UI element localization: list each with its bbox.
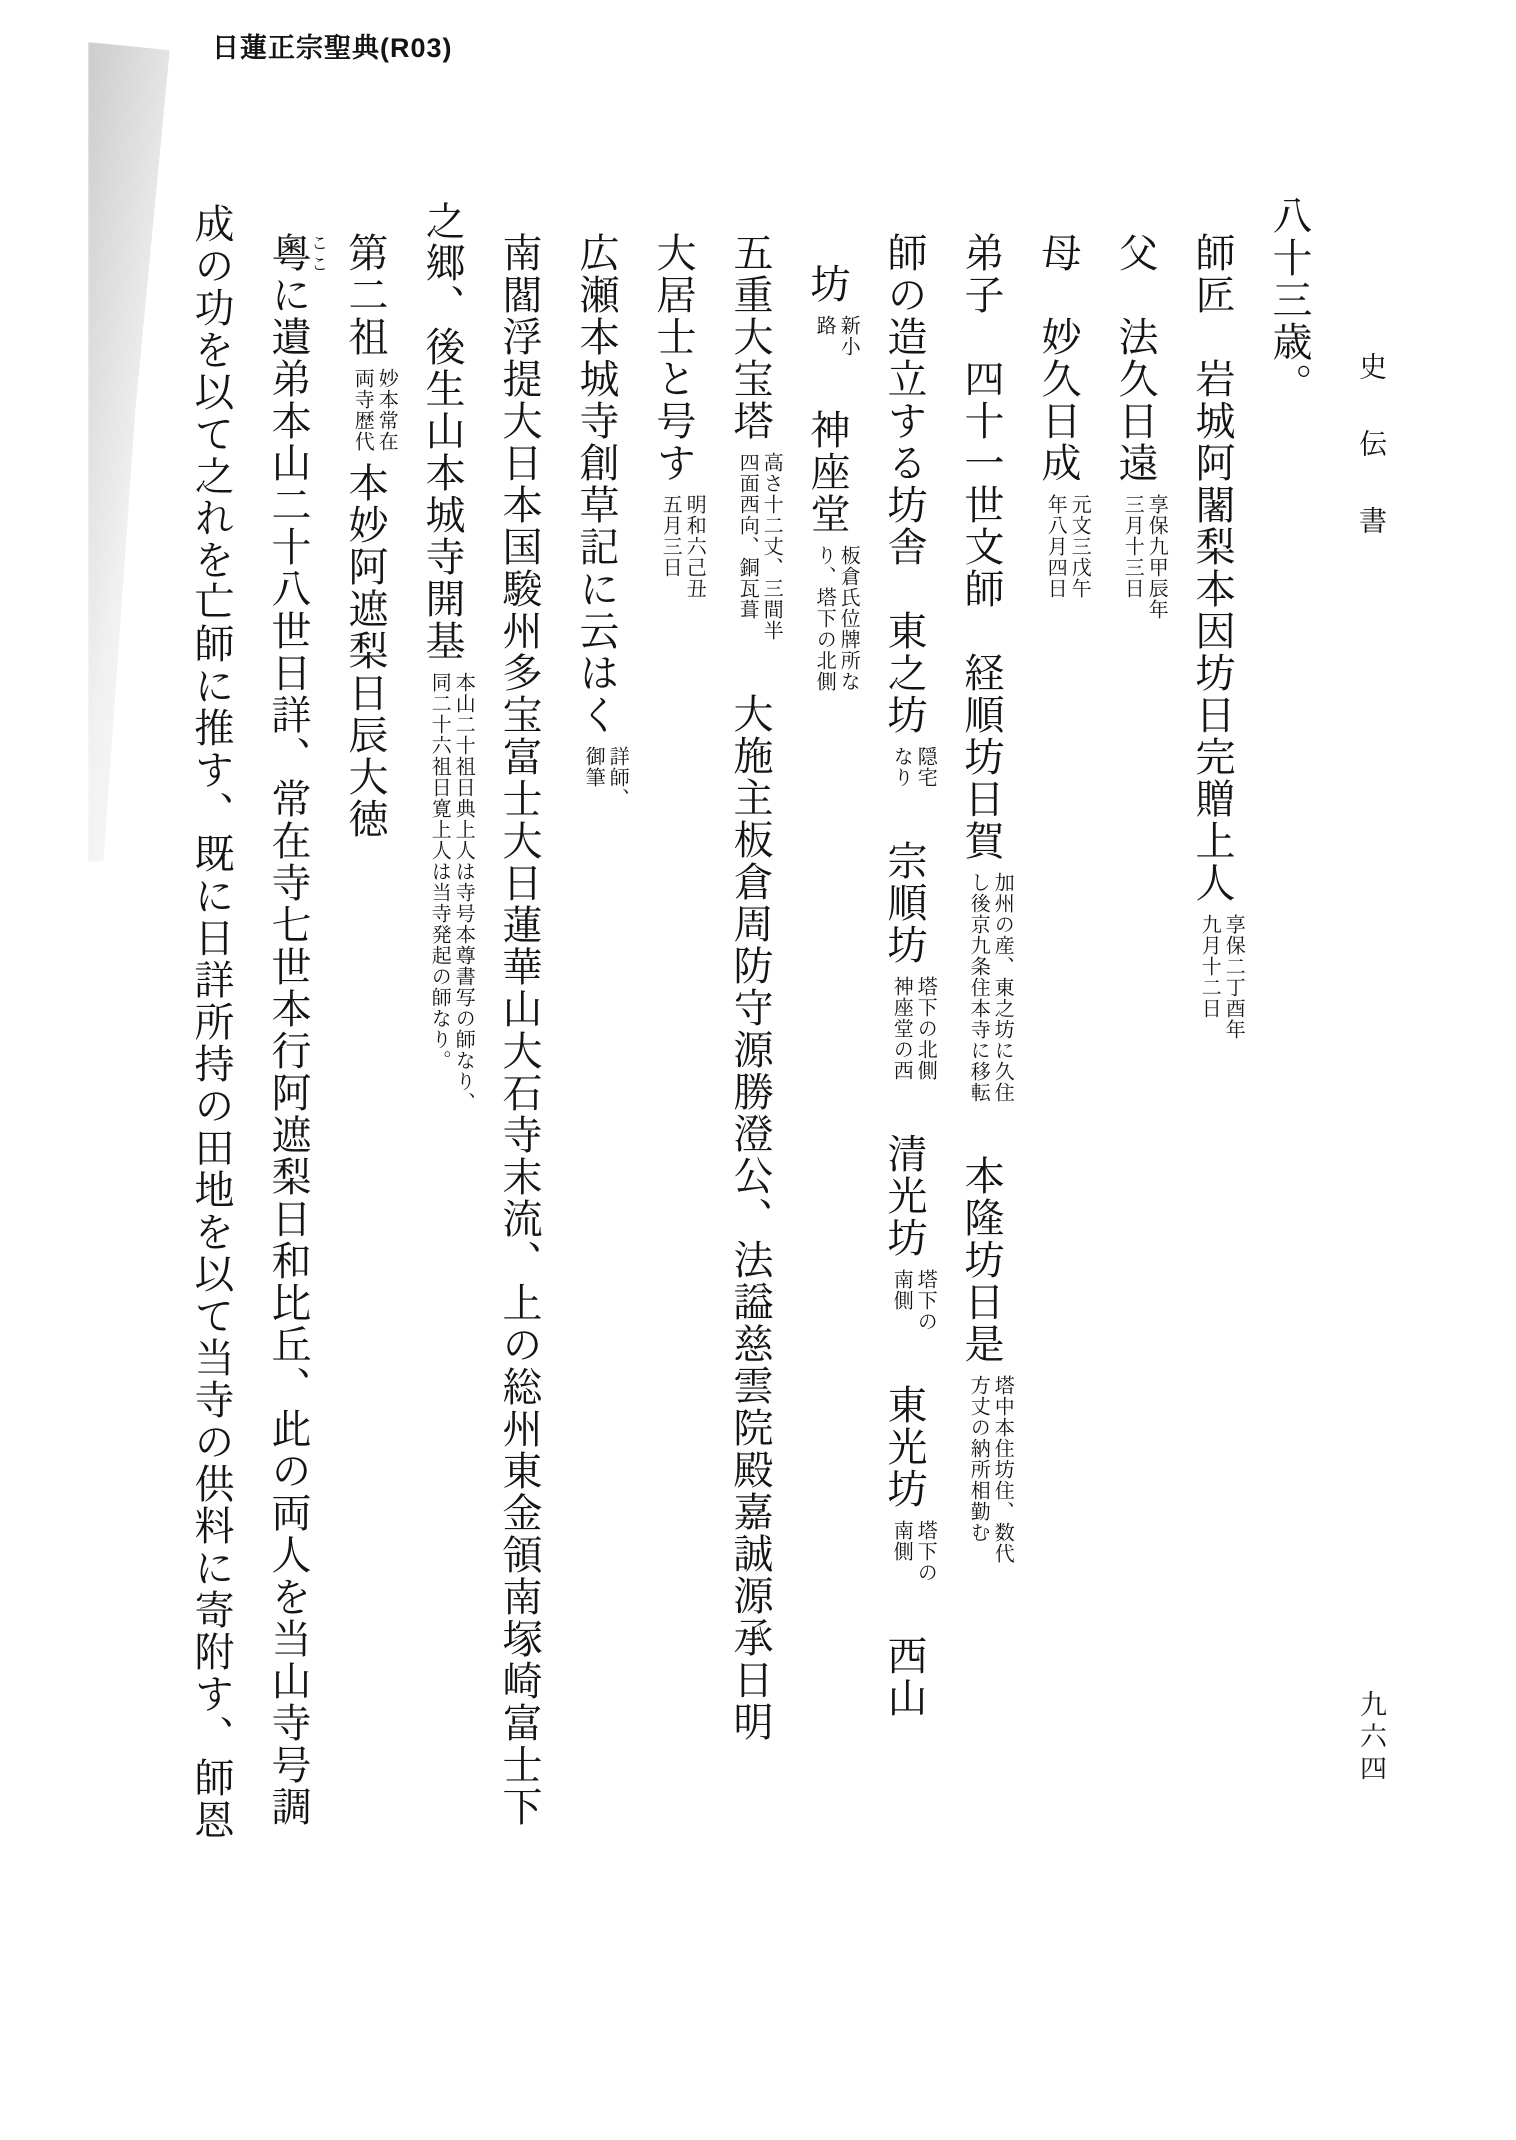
annotation-line: 本山二十祖日典上人は寺号本尊書写の師なり、: [451, 672, 475, 1113]
column-text: 師匠 岩城阿闍梨本因坊日完贈上人: [1190, 232, 1235, 904]
annotation-line: 神座堂の西: [889, 976, 913, 1081]
warichu-annotation: 塔下の北側神座堂の西: [889, 976, 937, 1081]
column-text: 広瀬本城寺創草記に云はく: [574, 232, 619, 736]
annotation-line: 同二十六祖日寛上人は当寺発起の師なり。: [427, 672, 451, 1113]
warichu-annotation: 塔下の南側: [889, 1520, 937, 1583]
column-text: 八十三歳。: [1267, 195, 1312, 405]
text-column-10: 広瀬本城寺創草記に云はく詳師、御筆: [558, 150, 635, 2115]
text-column-5: 弟子 四十一世文師 経順坊日賀加州の産、東之坊に久住し後京九条住本寺に移転 本隆…: [943, 150, 1020, 2115]
annotation-line: 享保九甲辰年: [1144, 494, 1168, 620]
annotation-line: 南側: [889, 1269, 913, 1332]
warichu-annotation: 新小路: [812, 315, 860, 357]
annotation-line: 隠宅: [913, 746, 937, 788]
text-column-9: 大居士と号す明和六己丑五月三日: [635, 150, 712, 2115]
column-text: 神座堂: [805, 367, 850, 535]
annotation-line: 加州の産、東之坊に久住: [990, 872, 1014, 1103]
annotation-line: 両寺歴代: [350, 368, 374, 452]
annotation-line: り、塔下の北側: [812, 545, 836, 692]
text-column-14: 粵ここに遺弟本山二十八世日詳、常在寺七世本行阿遮梨日和比丘、此の両人を当山寺号調: [250, 150, 327, 2115]
warichu-annotation: 享保二丁酉年九月十二日: [1197, 914, 1245, 1040]
warichu-annotation: 元文三戊午年八月四日: [1043, 494, 1091, 599]
annotation-line: 元文三戊午: [1067, 494, 1091, 599]
text-column-6: 師の造立する坊舎 東之坊隠宅なり 宗順坊塔下の北側神座堂の西 清光坊塔下の南側 …: [866, 150, 943, 2115]
column-text: 成の功を以て之れを亡師に推す、既に日詳所持の田地を以て当寺の供料に寄附す、師恩: [189, 203, 234, 1841]
column-text: に遺弟本山二十八世日詳、常在寺七世本行阿遮梨日和比丘、此の両人を当山寺号調: [266, 274, 311, 1828]
text-column-2: 師匠 岩城阿闍梨本因坊日完贈上人享保二丁酉年九月十二日: [1174, 150, 1251, 2115]
annotation-line: 南側: [889, 1520, 913, 1583]
text-column-3: 父 法久日遠享保九甲辰年三月十三日: [1097, 150, 1174, 2115]
annotation-line: 三月十三日: [1120, 494, 1144, 620]
annotation-line: 塔下の北側: [913, 976, 937, 1081]
annotation-line: 方丈の納所相勤む: [966, 1375, 990, 1564]
column-text: 之郷、後生山本城寺開基: [420, 200, 465, 662]
annotation-line: 塔下の: [913, 1269, 937, 1332]
scan-shading-artifact: [88, 42, 174, 862]
warichu-annotation: 隠宅なり: [889, 746, 937, 788]
column-text: 東光坊: [882, 1342, 927, 1510]
warichu-annotation: 享保九甲辰年三月十三日: [1120, 494, 1168, 620]
column-text: 父 法久日遠: [1113, 232, 1158, 484]
warichu-annotation: 本山二十祖日典上人は寺号本尊書写の師なり、同二十六祖日寛上人は当寺発起の師なり。: [427, 672, 475, 1113]
annotation-line: 塔下の: [913, 1520, 937, 1583]
text-column-7: 坊新小路 神座堂板倉氏位牌所なり、塔下の北側: [789, 150, 866, 2115]
ruby-text: 粵ここ: [266, 232, 311, 274]
section-margin-title: 史伝書: [1350, 352, 1390, 583]
warichu-annotation: 塔中本住坊住、数代方丈の納所相勤む: [966, 1375, 1014, 1564]
warichu-annotation: 塔下の南側: [889, 1269, 937, 1332]
annotation-line: 詳師、: [605, 746, 629, 809]
warichu-annotation: 詳師、御筆: [581, 746, 629, 809]
annotation-line: 路: [812, 315, 836, 357]
annotation-line: 四面西向、銅瓦葺: [735, 452, 759, 641]
text-column-15: 成の功を以て之れを亡師に推す、既に日詳所持の田地を以て当寺の供料に寄附す、師恩: [173, 150, 250, 2115]
text-column-8: 五重大宝塔高さ十二丈、三間半四面西向、銅瓦葺 大施主板倉周防守源勝澄公、法謚慈雲…: [712, 150, 789, 2115]
text-column-4: 母 妙久日成元文三戊午年八月四日: [1020, 150, 1097, 2115]
annotation-line: 妙本常在: [374, 368, 398, 452]
warichu-annotation: 明和六己丑五月三日: [658, 494, 706, 599]
annotation-line: 塔中本住坊住、数代: [990, 1375, 1014, 1564]
page-number: 九六四: [1352, 1690, 1391, 1786]
annotation-line: 五月三日: [658, 494, 682, 599]
annotation-line: 享保二丁酉年: [1221, 914, 1245, 1040]
column-text: 清光坊: [882, 1091, 927, 1259]
column-text: 本隆坊日是: [959, 1113, 1004, 1365]
annotation-line: し後京九条住本寺に移転: [966, 872, 990, 1103]
text-column-1: 八十三歳。: [1251, 150, 1328, 2115]
text-column-12: 之郷、後生山本城寺開基本山二十祖日典上人は寺号本尊書写の師なり、同二十六祖日寛上…: [404, 150, 481, 2115]
main-text-block: 八十三歳。師匠 岩城阿闍梨本因坊日完贈上人享保二丁酉年九月十二日父 法久日遠享保…: [173, 150, 1328, 2115]
column-text: 坊: [805, 263, 850, 305]
column-text: 大居士と号す: [651, 232, 696, 484]
annotation-line: 九月十二日: [1197, 914, 1221, 1040]
column-text: 五重大宝塔: [728, 232, 773, 442]
warichu-annotation: 加州の産、東之坊に久住し後京九条住本寺に移転: [966, 872, 1014, 1103]
annotation-line: なり: [889, 746, 913, 788]
column-text: 大施主板倉周防守源勝澄公、法謚慈雲院殿嘉誠源承日明: [728, 651, 773, 1743]
text-column-13: 第二祖妙本常在両寺歴代本妙阿遮梨日辰大徳: [327, 150, 404, 2115]
column-text: 南閻浮提大日本国駿州多宝富士大日蓮華山大石寺末流、上の総州東金領南塚崎富士下: [497, 232, 542, 1828]
annotation-line: 明和六己丑: [682, 494, 706, 599]
column-text: 本妙阿遮梨日辰大徳: [343, 462, 388, 840]
column-text: 母 妙久日成: [1036, 232, 1081, 484]
annotation-line: 高さ十二丈、三間半: [759, 452, 783, 641]
column-text: 師の造立する坊舎 東之坊: [882, 232, 927, 736]
annotation-line: 板倉氏位牌所な: [836, 545, 860, 692]
annotation-line: 年八月四日: [1043, 494, 1067, 599]
warichu-annotation: 板倉氏位牌所なり、塔下の北側: [812, 545, 860, 692]
column-text: 弟子 四十一世文師 経順坊日賀: [959, 232, 1004, 862]
page-header-title: 日蓮正宗聖典(R03): [212, 26, 453, 65]
column-text: 西山: [882, 1593, 927, 1719]
warichu-annotation: 高さ十二丈、三間半四面西向、銅瓦葺: [735, 452, 783, 641]
warichu-annotation: 妙本常在両寺歴代: [350, 368, 398, 452]
annotation-line: 御筆: [581, 746, 605, 809]
annotation-line: 新小: [836, 315, 860, 357]
column-text: 宗順坊: [882, 798, 927, 966]
text-column-11: 南閻浮提大日本国駿州多宝富士大日蓮華山大石寺末流、上の総州東金領南塚崎富士下: [481, 150, 558, 2115]
column-text: 第二祖: [343, 232, 388, 358]
